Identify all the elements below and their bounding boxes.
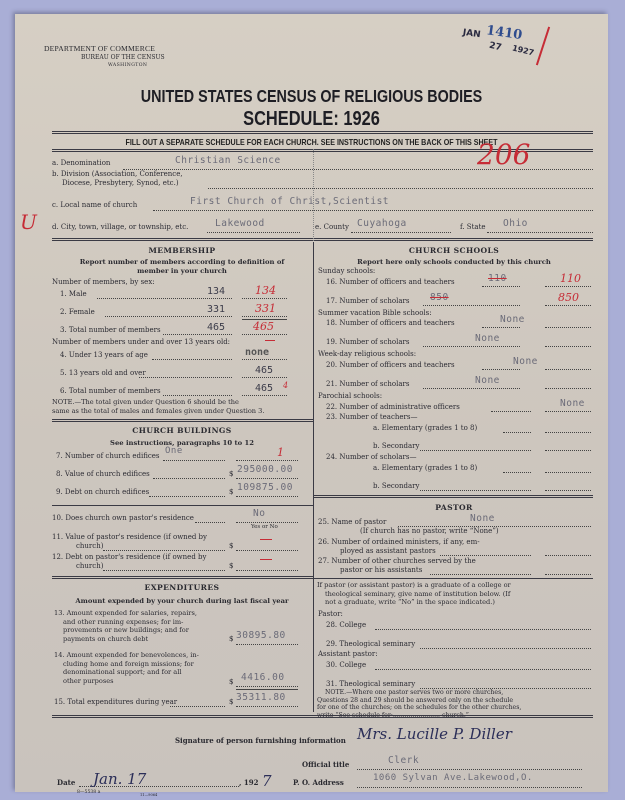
- edifices-count-line: [163, 460, 225, 461]
- over-13-label: 5. 13 years old and over: [60, 369, 146, 377]
- total-members-check: 465: [253, 320, 274, 333]
- q19-input[interactable]: [545, 346, 591, 347]
- edifices-debt-label: 9. Debt on church edifices: [56, 488, 149, 496]
- q13-label: 13. Amount expended for salaries, repair…: [54, 609, 234, 643]
- female-value[interactable]: 331: [207, 304, 225, 315]
- residence-value-label: 11. Value of pastor's residence (if owne…: [52, 533, 207, 541]
- schools-heading: CHURCH SCHOOLS: [315, 246, 593, 255]
- divider: [52, 238, 593, 241]
- q13-line-4: payments on church debt: [54, 635, 234, 644]
- q21-label: 21. Number of scholars: [326, 380, 409, 388]
- residence-value-input[interactable]: [236, 550, 298, 551]
- male-check-line: [242, 298, 287, 299]
- q13-input-line: [236, 644, 298, 645]
- membership-subheading-1: Report number of members according to de…: [52, 258, 312, 266]
- residence-debt-prefix: $: [229, 562, 233, 570]
- female-check-line: [242, 316, 287, 317]
- edifices-debt-prefix: $: [229, 488, 233, 496]
- edifices-value-line: [153, 478, 225, 479]
- pastor-note-line-2: Questions 28 and 29 should be answered o…: [317, 697, 593, 705]
- female-line: [105, 316, 232, 317]
- q20-input[interactable]: [545, 369, 591, 370]
- divider: [52, 419, 313, 422]
- residence-value-line: [103, 550, 225, 551]
- q26-input[interactable]: [545, 555, 591, 556]
- q16-line: [482, 286, 520, 287]
- q21-line: [423, 388, 520, 389]
- q29-input[interactable]: [420, 648, 591, 649]
- under-13-line: [152, 359, 232, 360]
- membership-note-line-2: same as the total of males and females g…: [52, 407, 310, 416]
- under-13-value-line: [242, 359, 287, 360]
- stamp-year: 1927: [511, 43, 535, 57]
- edifices-check-line: [236, 460, 298, 461]
- edifices-value-label: 8. Value of church edifices: [56, 470, 150, 478]
- sum-line: [236, 689, 298, 690]
- q15-label: 15. Total expenditures during year: [54, 698, 177, 706]
- pastor-note-line-1: NOTE.—Where one pastor serves two or mor…: [317, 689, 593, 697]
- q24a-label: a. Elementary (grades 1 to 8): [373, 464, 477, 472]
- county-line: [351, 232, 451, 233]
- q13-value[interactable]: 30895.80: [236, 630, 286, 641]
- q13-line-1: 13. Amount expended for salaries, repair…: [54, 609, 234, 618]
- edifices-debt-input-line: [236, 496, 298, 497]
- q17-check-line: [545, 305, 591, 306]
- residence-value[interactable]: No: [253, 508, 265, 519]
- q23b-line: [420, 450, 531, 451]
- address-value[interactable]: 1060 Sylvan Ave.Lakewood,O.: [373, 773, 533, 783]
- residence-value-label-2: church): [76, 542, 103, 550]
- year-value[interactable]: 7: [262, 772, 272, 790]
- under-13-value[interactable]: none: [245, 347, 269, 358]
- over-13-value-line: [242, 377, 287, 378]
- pastor-note-line-3: for one of the churches; on the schedule…: [317, 704, 593, 712]
- church-name-label: c. Local name of church: [52, 201, 137, 209]
- church-name-value[interactable]: First Church of Christ,Scientist: [190, 196, 389, 207]
- female-label: 2. Female: [60, 308, 95, 316]
- residence-debt-line: [103, 570, 225, 571]
- red-code-number: 206: [477, 138, 530, 171]
- divider: [313, 578, 593, 579]
- by-sex-label: Number of members, by sex:: [52, 278, 155, 286]
- edifices-debt-value[interactable]: 109875.00: [237, 482, 293, 493]
- q13-line-3: provements or new buildings; and for: [54, 626, 234, 635]
- pastor-heading: PASTOR: [315, 503, 593, 512]
- female-check: 331: [255, 302, 276, 315]
- pastor-subsection-label: Pastor:: [318, 610, 343, 618]
- q14-label: 14. Amount expended for benevolences, in…: [54, 651, 234, 685]
- stamp-month: JAN: [462, 28, 481, 40]
- q22-input-line: [545, 411, 591, 412]
- q16-label: 16. Number of officers and teachers: [326, 278, 455, 286]
- q26-label-2: ployed as assistant pastors: [340, 547, 436, 555]
- year-prefix: , 192: [239, 778, 259, 787]
- membership-heading: MEMBERSHIP: [52, 246, 312, 255]
- q15-line: [170, 706, 225, 707]
- total-members-6-label: 6. Total number of members: [60, 387, 161, 395]
- census-schedule-sheet: DEPARTMENT OF COMMERCE BUREAU OF THE CEN…: [15, 14, 608, 792]
- schedule-title: SCHEDULE: 1926: [68, 108, 554, 131]
- residence-line: [195, 522, 225, 523]
- q15-input-line: [236, 706, 298, 707]
- residence-input-line: [236, 522, 298, 523]
- q28-input[interactable]: [375, 629, 591, 630]
- q27-line: [430, 574, 531, 575]
- stamp-day: 27: [488, 41, 502, 53]
- q23a-line: [503, 432, 531, 433]
- q18-input[interactable]: [545, 327, 591, 328]
- church-name-line: [153, 210, 593, 211]
- margin-mark: U: [20, 210, 37, 234]
- date-value[interactable]: Jan. 17: [93, 770, 146, 788]
- q16-value[interactable]: 110: [488, 273, 507, 284]
- age-label: Number of members under and over 13 year…: [52, 338, 230, 346]
- denomination-value[interactable]: Christian Science: [175, 155, 281, 166]
- membership-note-line-1: NOTE.—The total given under Question 6 s…: [52, 398, 310, 407]
- state-label: f. State: [460, 223, 486, 231]
- denomination-line: [123, 169, 593, 170]
- q23b-label: b. Secondary: [373, 442, 419, 450]
- male-check: 134: [255, 284, 276, 297]
- q24b-line: [420, 490, 531, 491]
- expenditures-heading: EXPENDITURES: [52, 583, 312, 592]
- q25-hint: (If church has no pastor, write “None”): [360, 527, 499, 535]
- q22-label: 22. Number of administrative officers: [326, 403, 460, 411]
- q18-label: 18. Number of officers and teachers: [326, 319, 455, 327]
- q18-line: [482, 327, 520, 328]
- q14-prefix: $: [229, 678, 233, 686]
- column-divider: [313, 242, 314, 712]
- residence-debt-label: 12. Debt on pastor's residence (if owned…: [52, 553, 206, 561]
- edifices-count-value[interactable]: One: [165, 446, 183, 456]
- address-label: P. O. Address: [293, 778, 344, 787]
- q24b-input[interactable]: [545, 490, 591, 491]
- division-label-1: b. Division (Association, Conference,: [52, 170, 183, 178]
- red-dash: [260, 559, 272, 560]
- red-check-mark: [536, 27, 550, 66]
- q29-label: 29. Theological seminary: [326, 640, 415, 648]
- q23a-label: a. Elementary (grades 1 to 8): [373, 424, 477, 432]
- total-6-value-line: [242, 395, 287, 396]
- q25-value[interactable]: None: [470, 513, 495, 524]
- residence-hint: Yes or No: [251, 524, 278, 530]
- city-line: [207, 232, 300, 233]
- official-title-value[interactable]: Clerk: [388, 755, 419, 766]
- signature-label: Signature of person furnishing informati…: [175, 736, 346, 745]
- buildings-heading: CHURCH BUILDINGS: [52, 426, 312, 435]
- divider: [52, 131, 593, 134]
- q27-label-2: pastor or his assistants: [340, 566, 422, 574]
- q31-label: 31. Theological seminary: [326, 680, 415, 688]
- form-title: UNITED STATES CENSUS OF RELIGIOUS BODIES: [68, 86, 554, 107]
- q26-label-1: 26. Number of ordained ministers, if any…: [318, 538, 480, 546]
- q16-check: 110: [560, 272, 581, 285]
- q13-prefix: $: [229, 635, 233, 643]
- over-13-line: [139, 377, 232, 378]
- expenditures-subheading: Amount expended by your church during la…: [52, 597, 312, 605]
- residence-value-prefix: $: [229, 542, 233, 550]
- total-6-check: 4: [283, 381, 288, 390]
- q14-value[interactable]: 4416.00: [241, 672, 285, 683]
- edifices-value-input-line: [236, 478, 298, 479]
- q15-prefix: $: [229, 698, 233, 706]
- graduate-note-line-2: theological seminary, give name of insti…: [317, 590, 592, 599]
- q21-value[interactable]: None: [475, 375, 500, 386]
- q24-label: 24. Number of scholars—: [326, 453, 416, 461]
- q28-label: 28. College: [326, 621, 366, 629]
- male-line: [97, 298, 232, 299]
- edifices-value-prefix: $: [229, 470, 233, 478]
- denomination-label: a. Denomination: [52, 159, 110, 167]
- total-members-6-value[interactable]: 465: [255, 383, 273, 394]
- bureau-city: WASHINGTON: [108, 63, 147, 68]
- edifices-count-check: 1: [277, 446, 284, 459]
- residence-debt-label-2: church): [76, 562, 103, 570]
- q26-line: [440, 555, 531, 556]
- column-guide: [313, 149, 314, 243]
- signature-value[interactable]: Mrs. Lucille P. Diller: [357, 725, 512, 743]
- q25-label: 25. Name of pastor: [318, 518, 386, 526]
- under-13-label: 4. Under 13 years of age: [60, 351, 148, 359]
- divider: [52, 715, 593, 718]
- q19-line: [423, 346, 520, 347]
- edifices-count-label: 7. Number of church edifices: [56, 452, 160, 460]
- address-line: [357, 787, 582, 788]
- weekday-schools-label: Week-day religious schools:: [318, 350, 416, 358]
- date-label: Date: [57, 778, 75, 787]
- state-line: [487, 232, 593, 233]
- schools-subheading: Report here only schools conducted by th…: [315, 258, 593, 266]
- red-dash: [260, 539, 272, 540]
- total-members-line: [163, 334, 232, 335]
- city-label: d. City, town, village, or township, etc…: [52, 223, 188, 231]
- q14-input-line: [236, 686, 298, 687]
- division-line[interactable]: [208, 188, 593, 189]
- q27-label-1: 27. Number of other churches served by t…: [318, 557, 476, 565]
- q20-line: [482, 369, 520, 370]
- q13-line-2: and other running expenses; for im-: [54, 618, 234, 627]
- total-members-value[interactable]: 465: [207, 322, 225, 333]
- bureau-name: BUREAU OF THE CENSUS: [81, 54, 165, 61]
- county-value[interactable]: Cuyahoga: [357, 218, 407, 229]
- q14-line-4: other purposes: [54, 677, 234, 686]
- q24a-line: [503, 472, 531, 473]
- red-dash: [265, 340, 275, 341]
- residence-debt-input[interactable]: [236, 570, 298, 571]
- assistant-pastor-label: Assistant pastor:: [318, 650, 378, 658]
- q23b-input[interactable]: [545, 450, 591, 451]
- q24b-label: b. Secondary: [373, 482, 419, 490]
- q22-line: [491, 411, 531, 412]
- divider: [52, 576, 313, 579]
- state-value[interactable]: Ohio: [503, 218, 528, 229]
- membership-note: NOTE.—The total given under Question 6 s…: [52, 398, 310, 415]
- q30-input[interactable]: [375, 669, 591, 670]
- sunday-schools-label: Sunday schools:: [318, 267, 375, 275]
- q21-input[interactable]: [545, 388, 591, 389]
- graduate-note-line-1: If pastor (or assistant pastor) is a gra…: [317, 581, 592, 590]
- q19-value[interactable]: None: [475, 333, 500, 344]
- form-number: 8—5538 a: [77, 790, 100, 795]
- county-label: e. County: [315, 223, 349, 231]
- graduate-note: If pastor (or assistant pastor) is a gra…: [317, 581, 592, 607]
- q16-check-line: [545, 286, 591, 287]
- division-label-2: Diocese, Presbytery, Synod, etc.): [62, 179, 179, 187]
- q22-value[interactable]: None: [560, 398, 585, 409]
- graduate-note-line-3: not a graduate, write “No” in the space …: [317, 598, 592, 607]
- over-13-value[interactable]: 465: [255, 365, 273, 376]
- q20-label: 20. Number of officers and teachers: [326, 361, 455, 369]
- q14-line-1: 14. Amount expended for benevolences, in…: [54, 651, 234, 660]
- divider: [52, 505, 313, 506]
- q17-label: 17. Number of scholars: [326, 297, 409, 305]
- total-members-6-line: [163, 395, 232, 396]
- q23-label: 23. Number of teachers—: [326, 413, 418, 421]
- q20-value[interactable]: None: [513, 356, 538, 367]
- official-title-label: Official title: [302, 760, 349, 769]
- q17-line: [423, 305, 520, 306]
- q30-label: 30. College: [326, 661, 366, 669]
- q24a-input[interactable]: [545, 472, 591, 473]
- male-value[interactable]: 134: [207, 286, 225, 297]
- print-number: 11—9064: [140, 793, 157, 797]
- total-check-line: [242, 334, 287, 335]
- summer-schools-label: Summer vacation Bible schools:: [318, 309, 432, 317]
- divider: [313, 495, 593, 498]
- q17-value[interactable]: 850: [430, 292, 449, 303]
- department-name: DEPARTMENT OF COMMERCE: [44, 44, 155, 53]
- q14-line-3: denominational support; and for all: [54, 668, 234, 677]
- q14-line-2: cluding home and foreign missions; for: [54, 660, 234, 669]
- q27-input[interactable]: [545, 574, 591, 575]
- membership-subheading-2: member in your church: [52, 267, 312, 275]
- total-members-label: 3. Total number of members: [60, 326, 161, 334]
- q23a-input[interactable]: [545, 432, 591, 433]
- residence-label: 10. Does church own pastor's residence: [52, 514, 194, 522]
- official-title-line: [357, 769, 582, 770]
- q17-check: 850: [558, 291, 579, 304]
- male-label: 1. Male: [60, 290, 87, 298]
- q15-value[interactable]: 35311.80: [236, 692, 286, 703]
- parochial-schools-label: Parochial schools:: [318, 392, 382, 400]
- q19-label: 19. Number of scholars: [326, 338, 409, 346]
- edifices-value[interactable]: 295000.00: [237, 464, 293, 475]
- city-value[interactable]: Lakewood: [215, 218, 265, 229]
- edifices-debt-line: [149, 496, 225, 497]
- q18-value[interactable]: None: [500, 314, 525, 325]
